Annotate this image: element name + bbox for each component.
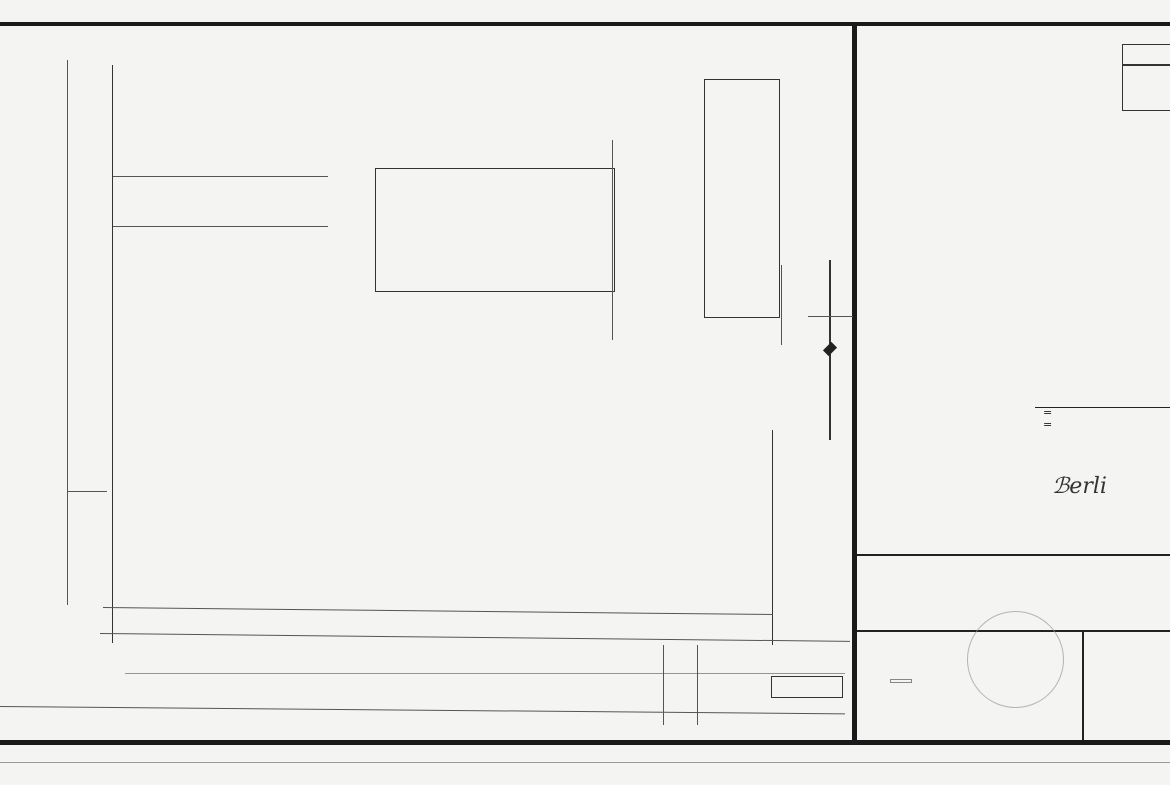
- plano-sup-label: [873, 419, 1043, 431]
- croquis-plano-block: [704, 79, 780, 318]
- partida-box: [1122, 64, 1170, 111]
- municipal-stamp-date: [890, 679, 912, 683]
- av-centerline: [125, 673, 845, 674]
- north-diamond-icon: [823, 342, 837, 356]
- av-dim-line: [663, 645, 664, 725]
- setback-line: [67, 491, 107, 492]
- fin-pavimento-box: [771, 676, 843, 698]
- sheet-edge: [0, 762, 1170, 763]
- croquis-titulo-table: [375, 168, 615, 292]
- sheet-border-bottom: [0, 740, 1170, 745]
- servicio-top-edge: [103, 607, 773, 615]
- av-dim-line: [697, 645, 698, 725]
- boulevard-line: [612, 140, 613, 340]
- signature-scribble: ℬerli: [1052, 474, 1107, 499]
- croquis-plano-right-line: [781, 265, 782, 345]
- plan-right-line: [772, 430, 773, 645]
- plan-left-line: [112, 65, 113, 643]
- plano-sup-value: [1061, 419, 1121, 431]
- divider: [857, 554, 1170, 556]
- calle-publica-top-edge: [113, 176, 328, 177]
- north-cross: [808, 316, 853, 317]
- nomenclatura-divider: [1082, 631, 1084, 740]
- title-block: = = ℬerli: [857, 26, 1170, 740]
- calle-publica-bottom-edge: [113, 226, 328, 227]
- av-bottom-edge: [0, 706, 845, 714]
- left-boundary-line: [67, 60, 68, 605]
- plano-box: [1122, 44, 1170, 66]
- balance-total-row: = =: [873, 407, 1170, 431]
- total-label: [873, 407, 1043, 419]
- servicio-bottom-edge: [100, 633, 850, 642]
- total-value: [1061, 407, 1121, 419]
- round-seal-icon: [967, 611, 1064, 708]
